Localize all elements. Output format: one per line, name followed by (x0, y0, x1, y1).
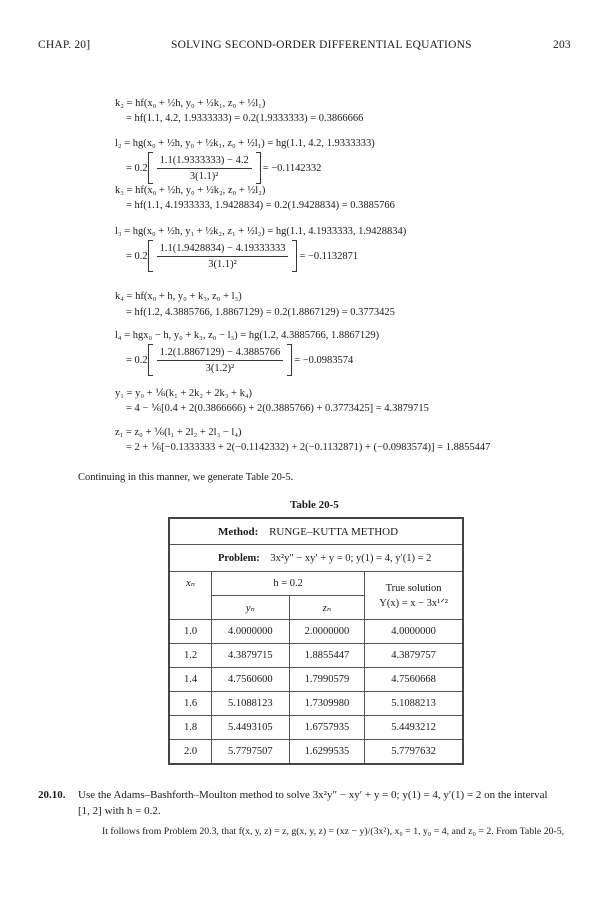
table-row: 1.8 5.4493105 1.6757935 5.4493212 (169, 716, 463, 740)
eq-k4-definition: k₄ = hf(x₀ + h, y₀ + k₃, z₀ + l₃) (115, 290, 242, 303)
cell-z: 1.8855447 (289, 644, 365, 668)
cell-x: 1.0 (169, 620, 212, 644)
cell-true: 4.0000000 (365, 620, 463, 644)
eq-k2-value: = hf(1.1, 4.2, 1.9333333) = 0.2(1.933333… (126, 112, 363, 125)
table-row: 2.0 5.7797507 1.6299535 5.7797632 (169, 740, 463, 765)
denominator: 3(1.1)² (208, 257, 237, 271)
table-caption: Table 20-5 (290, 499, 339, 511)
cell-y: 5.1088123 (212, 692, 290, 716)
method-label: Method: (218, 526, 258, 538)
eq-z1-definition: z₁ = z₀ + ⅙(l₁ + 2l₂ + 2l₃ − l₄) (115, 426, 241, 439)
eq-l4-definition: l₄ = hgx₀ − h, y₀ + k₃, z₀ − l₃) = hg(1.… (115, 329, 379, 342)
problem-number: 20.10. (38, 789, 66, 801)
col-header-x: xₙ (169, 572, 212, 620)
eq-l3-fraction-line: = 0.2 1.1(1.9428834) − 4.19333333 3(1.1)… (126, 240, 358, 272)
cell-true: 4.7560668 (365, 668, 463, 692)
numerator: 1.1(1.9428834) − 4.19333333 (157, 242, 289, 257)
problem-value: 3x²y″ − xy′ + y = 0; y(1) = 4, y′(1) = 2 (270, 553, 431, 564)
page-number: 203 (553, 39, 571, 51)
eq-prefix: = 0.2 (126, 162, 148, 175)
cell-true: 5.7797632 (365, 740, 463, 765)
denominator: 3(1.1)² (190, 169, 219, 183)
cell-z: 1.7309980 (289, 692, 365, 716)
cell-x: 1.2 (169, 644, 212, 668)
col-header-h: h = 0.2 (212, 572, 365, 596)
table-row: 1.0 4.0000000 2.0000000 4.0000000 (169, 620, 463, 644)
eq-l2-result: = −0.1142332 (263, 162, 322, 175)
true-solution-label: True solution (365, 581, 462, 596)
problem-statement-line-2: [1, 2] with h = 0.2. (78, 805, 161, 817)
cell-true: 4.3879757 (365, 644, 463, 668)
problem-statement-line-1: Use the Adams–Bashforth–Moulton method t… (78, 789, 548, 801)
eq-k2-definition: k₂ = hf(x₀ + ½h, y₀ + ½k₁, z₀ + ½l₁) (115, 97, 265, 110)
cell-y: 5.7797507 (212, 740, 290, 765)
table-header-row-1: xₙ h = 0.2 True solution Y(x) = x − 3x¹ᐟ… (169, 572, 463, 596)
cell-z: 2.0000000 (289, 620, 365, 644)
eq-y1-value: = 4 − ⅙[0.4 + 2(0.3866666) + 2(0.3885766… (126, 402, 429, 415)
eq-prefix: = 0.2 (126, 354, 148, 367)
cell-z: 1.7990579 (289, 668, 365, 692)
eq-prefix: = 0.2 (126, 250, 148, 263)
cell-true: 5.4493212 (365, 716, 463, 740)
cell-z: 1.6299535 (289, 740, 365, 765)
denominator: 3(1.2)² (206, 361, 235, 375)
eq-l2-definition: l₂ = hg(x₀ + ½h, y₀ + ½k₁, z₀ + ½l₁) = h… (115, 137, 375, 150)
cell-y: 4.7560600 (212, 668, 290, 692)
true-solution-formula: Y(x) = x − 3x¹ᐟ² (365, 596, 462, 611)
eq-z1-value: = 2 + ⅙[−0.1333333 + 2(−0.1142332) + 2(−… (126, 441, 490, 454)
bracket-fraction: 1.1(1.9428834) − 4.19333333 3(1.1)² (148, 240, 298, 272)
table-row: 1.6 5.1088123 1.7309980 5.1088213 (169, 692, 463, 716)
table-row: 1.4 4.7560600 1.7990579 4.7560668 (169, 668, 463, 692)
eq-k4-value: = hf(1.2, 4.3885766, 1.8867129) = 0.2(1.… (126, 306, 395, 319)
cell-true: 5.1088213 (365, 692, 463, 716)
eq-l4-result: = −0.0983574 (294, 354, 353, 367)
cell-y: 4.3879715 (212, 644, 290, 668)
chapter-label: CHAP. 20] (38, 39, 90, 51)
continuation-paragraph: Continuing in this manner, we generate T… (78, 472, 293, 483)
numerator: 1.1(1.9333333) − 4.2 (157, 154, 252, 169)
numerator: 1.2(1.8867129) − 4.3885766 (157, 346, 284, 361)
eq-l4-fraction-line: = 0.2 1.2(1.8867129) − 4.3885766 3(1.2)²… (126, 344, 353, 376)
eq-l2-fraction-line: = 0.2 1.1(1.9333333) − 4.2 3(1.1)² = −0.… (126, 152, 321, 184)
table-problem-row: Problem: 3x²y″ − xy′ + y = 0; y(1) = 4, … (169, 545, 463, 572)
cell-y: 5.4493105 (212, 716, 290, 740)
cell-x: 2.0 (169, 740, 212, 765)
problem-label: Problem: (218, 553, 260, 564)
col-header-z: zₙ (289, 596, 365, 620)
cell-x: 1.4 (169, 668, 212, 692)
col-header-true-solution: True solution Y(x) = x − 3x¹ᐟ² (365, 572, 463, 620)
cell-y: 4.0000000 (212, 620, 290, 644)
method-value: RUNGE–KUTTA METHOD (269, 526, 398, 538)
running-title: SOLVING SECOND-ORDER DIFFERENTIAL EQUATI… (171, 39, 472, 51)
col-header-y: yₙ (212, 596, 290, 620)
eq-l3-result: = −0.1132871 (299, 250, 358, 263)
table-row: 1.2 4.3879715 1.8855447 4.3879757 (169, 644, 463, 668)
cell-x: 1.6 (169, 692, 212, 716)
runge-kutta-table: Method: RUNGE–KUTTA METHOD Problem: 3x²y… (168, 517, 464, 765)
eq-k3-value: = hf(1.1, 4.1933333, 1.9428834) = 0.2(1.… (126, 199, 395, 212)
solution-line-1: It follows from Problem 20.3, that f(x, … (102, 826, 564, 837)
cell-z: 1.6757935 (289, 716, 365, 740)
eq-y1-definition: y₁ = y₀ + ⅙(k₁ + 2k₂ + 2k₃ + k₄) (115, 387, 252, 400)
table-method-row: Method: RUNGE–KUTTA METHOD (169, 518, 463, 545)
bracket-fraction: 1.2(1.8867129) − 4.3885766 3(1.2)² (148, 344, 293, 376)
eq-k3-definition: k₃ = hf(x₀ + ½h, y₀ + ½k₂, z₀ + ½l₂) (115, 184, 265, 197)
eq-l3-definition: l₃ = hg(x₀ + ½h, y₁ + ½k₂, z₁ + ½l₂) = h… (115, 225, 406, 238)
cell-x: 1.8 (169, 716, 212, 740)
bracket-fraction: 1.1(1.9333333) − 4.2 3(1.1)² (148, 152, 261, 184)
